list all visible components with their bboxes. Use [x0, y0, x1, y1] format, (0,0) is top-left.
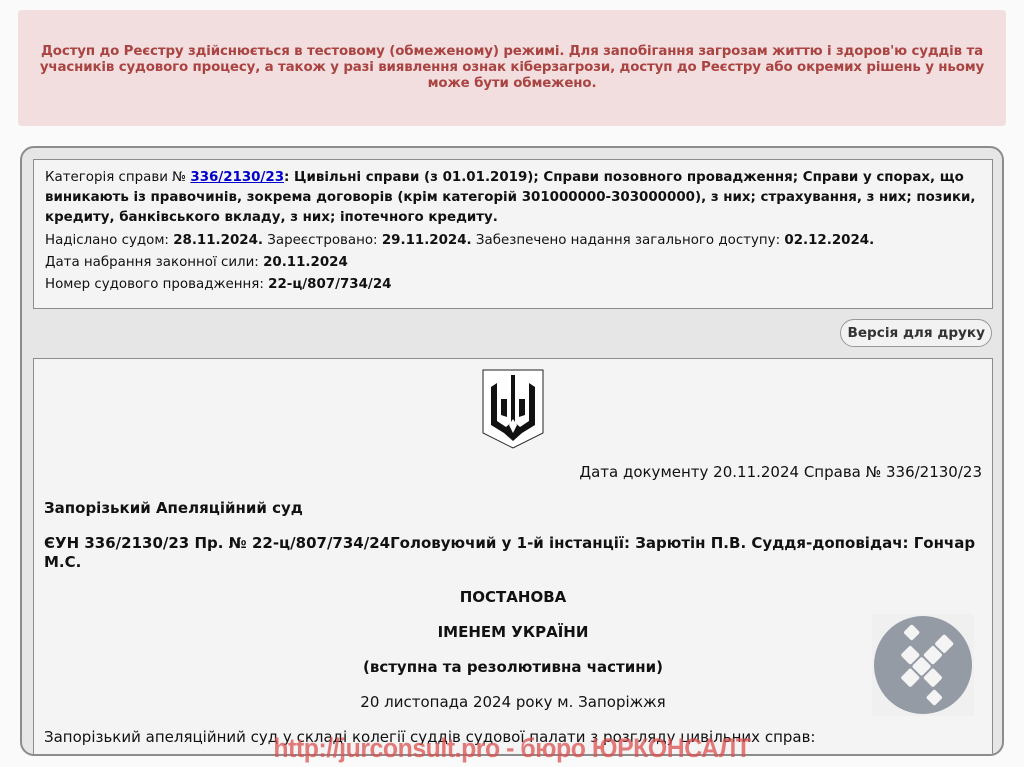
case-category: Категорія справи № 336/2130/23: Цивільні… — [45, 168, 981, 228]
decision-panel: Категорія справи № 336/2130/23: Цивільні… — [20, 146, 1004, 756]
category-label: Категорія справи № — [45, 170, 186, 185]
proceeding-row: Номер судового провадження: 22-ц/807/734… — [45, 274, 981, 296]
effective-label: Дата набрання законної сили: — [45, 255, 259, 270]
document-body: Дата документу 20.11.2024 Справа № 336/2… — [33, 358, 993, 756]
sent-date: 28.11.2024. — [173, 233, 263, 248]
puzzle-badge-widget[interactable] — [872, 614, 974, 716]
case-number-link[interactable]: 336/2130/23 — [190, 170, 284, 185]
ukraine-trident-icon — [482, 369, 544, 449]
document-date-place: 20 листопада 2024 року м. Запоріжжя — [34, 693, 992, 711]
access-date: 02.12.2024. — [784, 233, 874, 248]
case-header-line: ЄУН 336/2130/23 Пр. № 22-ц/807/734/24Гол… — [44, 534, 984, 572]
registered-label: Зареєстровано: — [267, 233, 377, 248]
case-dates: Надіслано судом: 28.11.2024. Зареєстрова… — [45, 230, 981, 252]
effective-date: 20.11.2024 — [263, 255, 348, 270]
watermark-text: http://jurconsult.pro - бюро ЮРКОНСАЛТ — [41, 733, 983, 764]
proceeding-number: 22-ц/807/734/24 — [268, 277, 391, 292]
court-name: Запорізький Апеляційний суд — [44, 499, 303, 517]
puzzle-badge-icon — [872, 614, 974, 716]
sent-label: Надіслано судом: — [45, 233, 169, 248]
document-title: ПОСТАНОВА — [34, 588, 992, 606]
document-parts: (вступна та резолютивна частини) — [34, 658, 992, 676]
document-date-line: Дата документу 20.11.2024 Справа № 336/2… — [579, 463, 982, 481]
proceeding-label: Номер судового провадження: — [45, 277, 264, 292]
access-label: Забезпечено надання загального доступу: — [476, 233, 780, 248]
print-version-button[interactable]: Версія для друку — [840, 319, 992, 347]
document-subtitle: ІМЕНЕМ УКРАЇНИ — [34, 623, 992, 641]
case-info-box: Категорія справи № 336/2130/23: Цивільні… — [33, 159, 993, 309]
effective-date-row: Дата набрання законної сили: 20.11.2024 — [45, 252, 981, 274]
registered-date: 29.11.2024. — [382, 233, 472, 248]
access-notice-text: Доступ до Реєстру здійснюється в тестово… — [34, 44, 990, 92]
access-notice: Доступ до Реєстру здійснюється в тестово… — [18, 10, 1006, 126]
